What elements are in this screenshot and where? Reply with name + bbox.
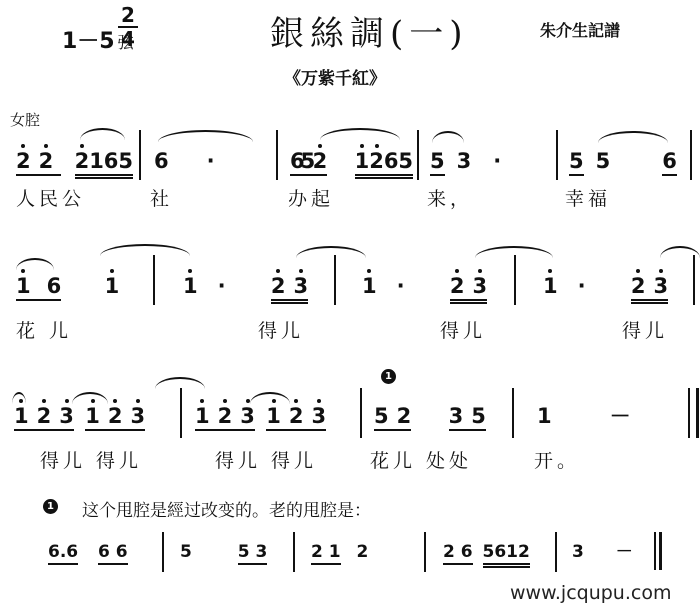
measure-5: 556 — [569, 150, 677, 172]
lyric: 花儿 处处 — [370, 446, 472, 473]
slur — [158, 130, 253, 142]
lyric: 得儿 — [258, 316, 304, 343]
bar-line — [555, 532, 557, 572]
measure-6: 16 1 — [16, 275, 127, 297]
bar-line — [162, 532, 164, 572]
slur — [320, 128, 400, 140]
bar-line — [690, 130, 692, 180]
lyric: 得儿 得儿 — [40, 446, 142, 473]
slur — [432, 131, 464, 143]
time-sig-top: 2 — [121, 3, 135, 27]
song-title: 銀絲調(一) — [270, 6, 469, 55]
alt-measure-2: 5 5 3 — [180, 541, 267, 563]
slur — [100, 244, 190, 256]
footnote-marker-icon: 1 — [381, 369, 396, 384]
watermark: www.jcqupu.com — [510, 582, 671, 604]
time-sig-bottom: 4 — [121, 27, 135, 51]
voice-label: 女腔 — [10, 109, 40, 130]
lyric: 办起 — [288, 184, 334, 211]
measure-8: 1· 23 — [362, 275, 487, 297]
measure-4: 53· — [430, 150, 509, 172]
subtitle: 《万紫千紅》 — [284, 64, 386, 89]
measure-7: 1· 23 — [183, 275, 308, 297]
bar-line — [424, 532, 426, 572]
bar-line — [514, 255, 516, 305]
measure-3: 62 1265 — [290, 150, 413, 172]
measure-1: 22 2165 — [16, 150, 133, 172]
measure-13: 1－ — [537, 405, 639, 427]
footnote-text: 这个甩腔是經过改变的。老的甩腔是： — [82, 496, 371, 521]
alt-measure-3: 2 1 2 — [311, 541, 368, 563]
bar-line — [693, 255, 695, 305]
bar-line — [417, 130, 419, 180]
slur — [72, 392, 108, 404]
bar-line — [556, 130, 558, 180]
final-barline — [654, 532, 662, 570]
bar-line — [153, 255, 155, 305]
slur — [598, 131, 668, 143]
measure-12: 52 35 — [374, 405, 486, 427]
alt-measure-4: 2 6 5612 — [443, 541, 530, 563]
final-barline — [688, 388, 699, 438]
lyric: 幸福 — [565, 184, 611, 211]
alt-measure-1: 6.6 6 6 — [48, 541, 128, 563]
measure-10: 123 123 — [14, 405, 145, 427]
bar-line — [293, 532, 295, 572]
lyric: 开。 — [534, 446, 580, 473]
lyric: 得儿 — [440, 316, 486, 343]
lyric: 来， — [427, 184, 473, 211]
measure-11: 123 123 — [195, 405, 326, 427]
footnote-marker-icon: 1 — [43, 499, 58, 514]
bar-line — [180, 388, 182, 438]
slur — [250, 392, 290, 404]
lyric: 得儿 — [622, 316, 668, 343]
bar-line — [334, 255, 336, 305]
lyric: 得儿 得儿 — [215, 446, 317, 473]
key-range: 1－5 — [62, 29, 115, 54]
bar-line — [276, 130, 278, 180]
lyric: 人民公 — [16, 184, 85, 211]
bar-line — [360, 388, 362, 438]
time-signature: 2 4 — [117, 6, 139, 48]
author: 朱介生記譜 — [540, 18, 620, 41]
lyric: 社 — [150, 184, 173, 211]
measure-9: 1· 23 — [543, 275, 668, 297]
slur — [296, 246, 366, 258]
bar-line — [139, 130, 141, 180]
bar-line — [512, 388, 514, 438]
alt-measure-5: 3 － — [572, 541, 633, 563]
slur — [80, 128, 125, 140]
lyric: 花 儿 — [16, 316, 72, 343]
